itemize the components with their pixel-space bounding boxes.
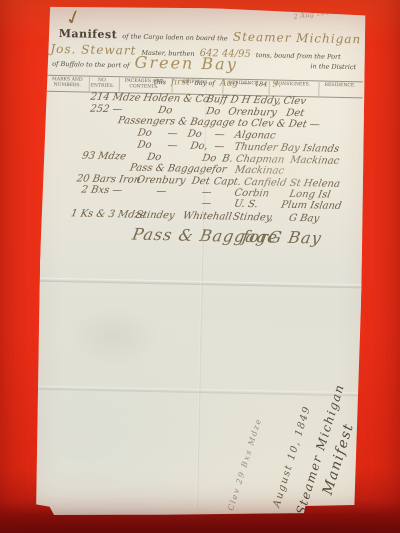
manifest-cell: 93 Mdze [81,151,127,163]
manifest-cell: Algonac [234,130,277,142]
manifest-cell: Holden & Co [142,93,210,105]
manifest-cell: Do, [189,141,208,152]
manifest-cell: Do [136,140,152,151]
manifest-cell: Do [146,152,162,163]
manifest-cell: 252 — [89,104,123,116]
document-paper: ✓ Manifest of the Cargo laden on board t… [35,5,368,522]
manifest-cell: — [166,140,178,151]
manifest-cell: Thunder Bay Islands [233,142,340,155]
manifest-cell: Do [187,129,203,140]
manifest-cell: Mackinac [234,165,285,177]
manifest-cell: Do [205,106,221,117]
manifest-cell: Plum Island [280,200,342,212]
manifest-cell: — [156,186,168,197]
manifest-cell: Corbin [233,188,269,200]
manifest-cell: D H Eddy, [229,95,282,107]
manifest-cell: G Bay [288,213,320,225]
manifest-cell: Det [191,176,211,187]
manifest-cell: for [241,227,271,246]
manifest-cell: Clev [282,96,306,107]
manifest-cell: for [211,164,227,175]
manifest-cell: Det [285,108,305,119]
manifest-cell: 214 Mdze [89,92,141,104]
manifest-cell: U. S. [233,199,259,210]
manifest-cell: — [213,141,225,152]
manifest-cell: 2 Bxs — [81,185,124,197]
manifest-cell: Stindey [135,210,175,222]
manifest-cell: G Bay [267,227,324,247]
manifest-cell: Do [137,128,153,139]
photo-background: ✓ Manifest of the Cargo laden on board t… [0,0,400,533]
manifest-cell: Buff [205,94,228,105]
manifest-cell: Whitehall [182,211,233,223]
manifest-cell: — [214,129,226,140]
manifest-cell: Stindey, [232,212,274,224]
manifest-cell: Long Isl [288,189,331,201]
manifest-cell: — [167,128,179,139]
manifest-cell: Pass & Baggage [129,163,213,176]
manifest-cell: Do [157,105,173,116]
